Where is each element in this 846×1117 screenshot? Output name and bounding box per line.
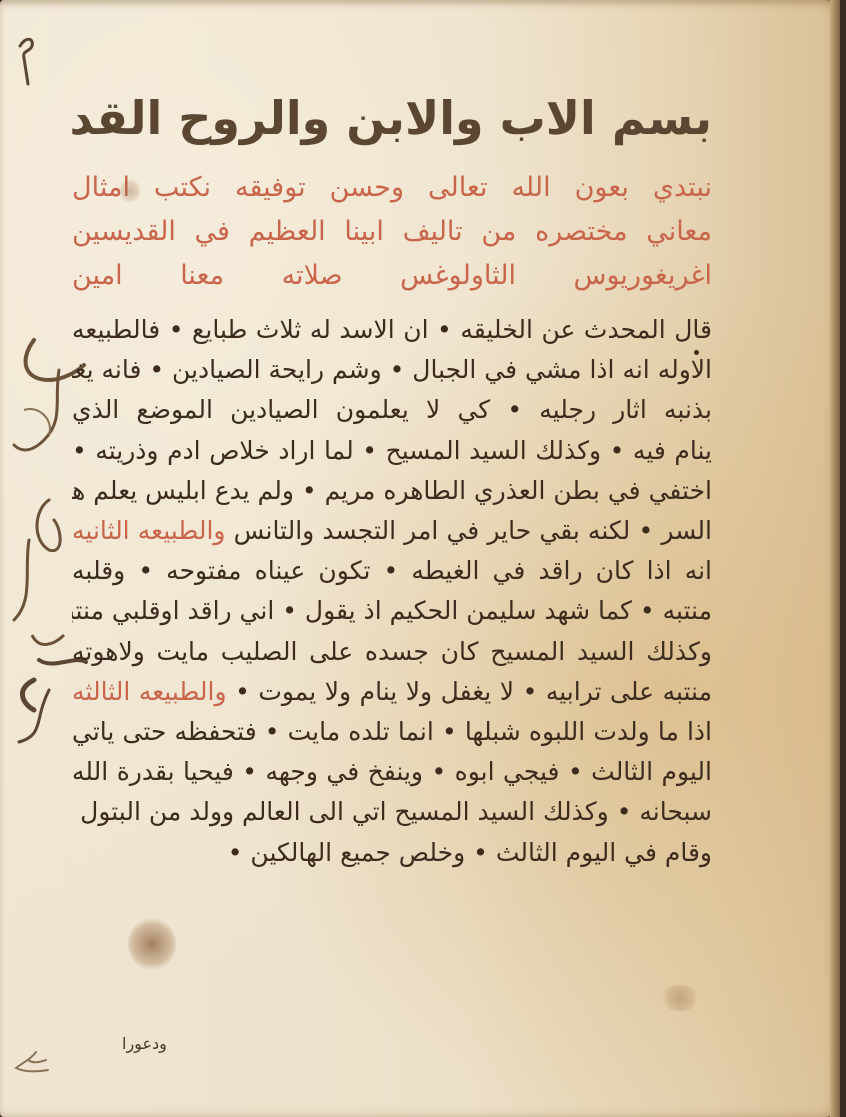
manuscript-page: بسم الاب والابن والروح القدس الاله واحد … (0, 0, 840, 1117)
body-line: اختفي في بطن العذري الطاهره مريم • ولم ي… (72, 471, 712, 511)
rubric-third-nature: والطبيعه الثالثه (72, 677, 227, 706)
body-line: الاوله انه اذا مشي في الجبال • وشم رايحة… (72, 350, 712, 390)
body-line: منتبه • كما شهد سليمن الحكيم اذ يقول • ا… (72, 591, 712, 631)
catchword: ودعورا (122, 1034, 167, 1053)
body-line: انه اذا كان راقد في الغيطه • تكون عيناه … (72, 551, 712, 591)
body-line: وكذلك السيد المسيح كان جسده على الصليب م… (72, 632, 712, 672)
corner-sketch-icon (10, 1048, 50, 1078)
body-line: اذا ما ولدت اللبوه شبلها • انما تلده ماي… (72, 712, 712, 752)
incipit-line: اغريغوريوس الثاولوغس صلاته معنا امين (72, 254, 712, 298)
water-stain (660, 985, 700, 1011)
body-line: قال المحدث عن الخليقه • ان الاسد له ثلاث… (72, 310, 712, 350)
body-line: وقام في اليوم الثالث • وخلص جميع الهالكي… (72, 833, 712, 873)
text-block: بسم الاب والابن والروح القدس الاله واحد … (72, 70, 712, 873)
body-line: السر • لكنه بقي حاير في امر التجسد والتا… (72, 511, 712, 551)
incipit-line: نبتدي بعون الله تعالى وحسن توفيقه نكتب ا… (72, 166, 712, 210)
body-line: بذنبه اثار رجليه • كي لا يعلمون الصيادين… (72, 390, 712, 430)
ink-stain (128, 918, 176, 970)
body-line: سبحانه • وكذلك السيد المسيح اتي الى العا… (72, 792, 712, 832)
page-edge (830, 0, 840, 1117)
incipit-rubric: نبتدي بعون الله تعالى وحسن توفيقه نكتب ا… (72, 166, 712, 298)
heading-invocation: بسم الاب والابن والروح القدس الاله واحد (72, 70, 712, 166)
water-stain (120, 178, 140, 204)
margin-ink-mark-icon (12, 28, 42, 88)
rubric-second-nature: والطبيعه الثانيه (72, 516, 225, 545)
incipit-line: معاني مختصره من تاليف ابينا العظيم في ال… (72, 210, 712, 254)
body-text: قال المحدث عن الخليقه • ان الاسد له ثلاث… (72, 310, 712, 873)
body-line: اليوم الثالث • فيجي ابوه • وينفخ في وجهه… (72, 752, 712, 792)
body-line: منتبه على ترابيه • لا يغفل ولا ينام ولا … (72, 672, 712, 712)
body-line: ينام فيه • وكذلك السيد المسيح • لما اراد… (72, 431, 712, 471)
